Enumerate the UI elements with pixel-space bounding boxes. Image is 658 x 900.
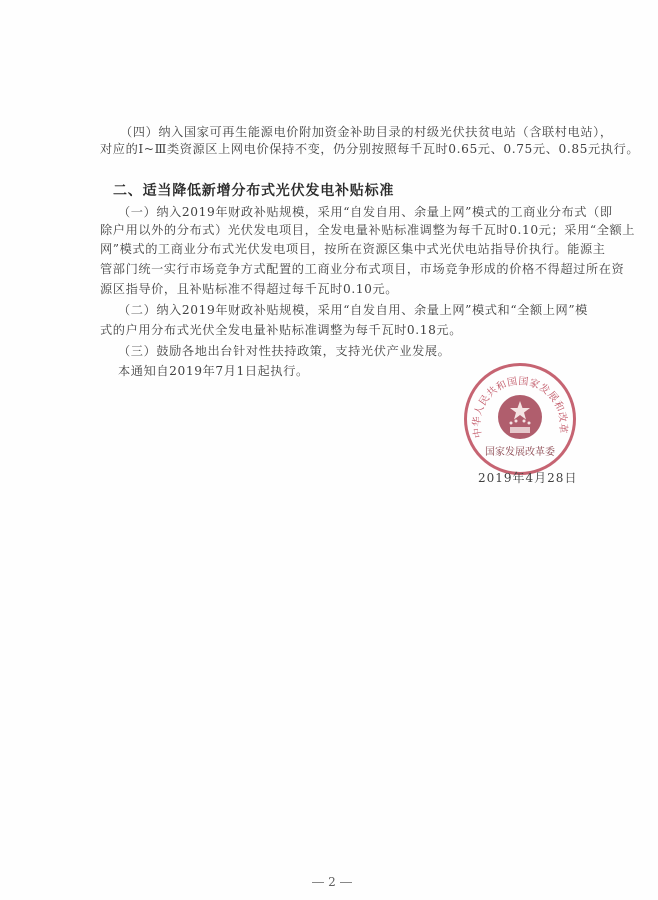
official-seal: 中华人民共和国国家发展和改革委员会 国家发展改革委 — [464, 363, 576, 475]
paragraph-four-line-2: 对应的Ⅰ~Ⅲ类资源区上网电价保持不变，仍分别按照每千瓦时0.65元、0.75元、… — [100, 140, 639, 157]
item-three-line-1: （三）鼓励各地出台针对性扶持政策，支持光伏产业发展。 — [118, 342, 450, 359]
paragraph-four-line-1: （四）纳入国家可再生能源电价附加资金补助目录的村级光伏扶贫电站（含联村电站）， — [120, 123, 613, 140]
item-one-line-2: 除户用以外的分布式）光伏发电项目，全发电量补贴标准调整为每千瓦时0.10元；采用… — [100, 221, 635, 238]
item-one-line-1: （一）纳入2019年财政补贴规模，采用“自发自用、余量上网”模式的工商业分布式（… — [118, 203, 613, 220]
item-one-line-3: 网”模式的工商业分布式光伏发电项目，按所在资源区集中式光伏电站指导价执行。能源主 — [100, 240, 606, 257]
page-number-dash-right — [340, 882, 352, 883]
svg-text:国家发展改革委: 国家发展改革委 — [485, 445, 555, 458]
document-page: （四）纳入国家可再生能源电价附加资金补助目录的村级光伏扶贫电站（含联村电站）， … — [0, 0, 658, 900]
item-one-line-5: 源区指导价，且补贴标准不得超过每千瓦时0.10元。 — [100, 280, 398, 297]
page-number-dash-left — [312, 882, 324, 883]
section-two-heading: 二、适当降低新增分布式光伏发电补贴标准 — [113, 180, 394, 200]
signature-date: 2019年4月28日 — [478, 469, 577, 486]
item-one-line-4: 管部门统一实行市场竞争方式配置的工商业分布式项目，市场竞争形成的价格不得超过所在… — [100, 260, 624, 277]
item-two-line-2: 式的户用分布式光伏全发电量补贴标准调整为每千瓦时0.18元。 — [100, 321, 462, 338]
page-number-value: 2 — [328, 875, 336, 889]
page-number: 2 — [312, 875, 352, 889]
national-emblem-icon: 中华人民共和国国家发展和改革委员会 国家发展改革委 — [464, 363, 576, 475]
effective-date-line: 本通知自2019年7月1日起执行。 — [118, 362, 309, 379]
item-two-line-1: （二）纳入2019年财政补贴规模，采用“自发自用、余量上网”模式和“全额上网”模 — [118, 301, 588, 318]
